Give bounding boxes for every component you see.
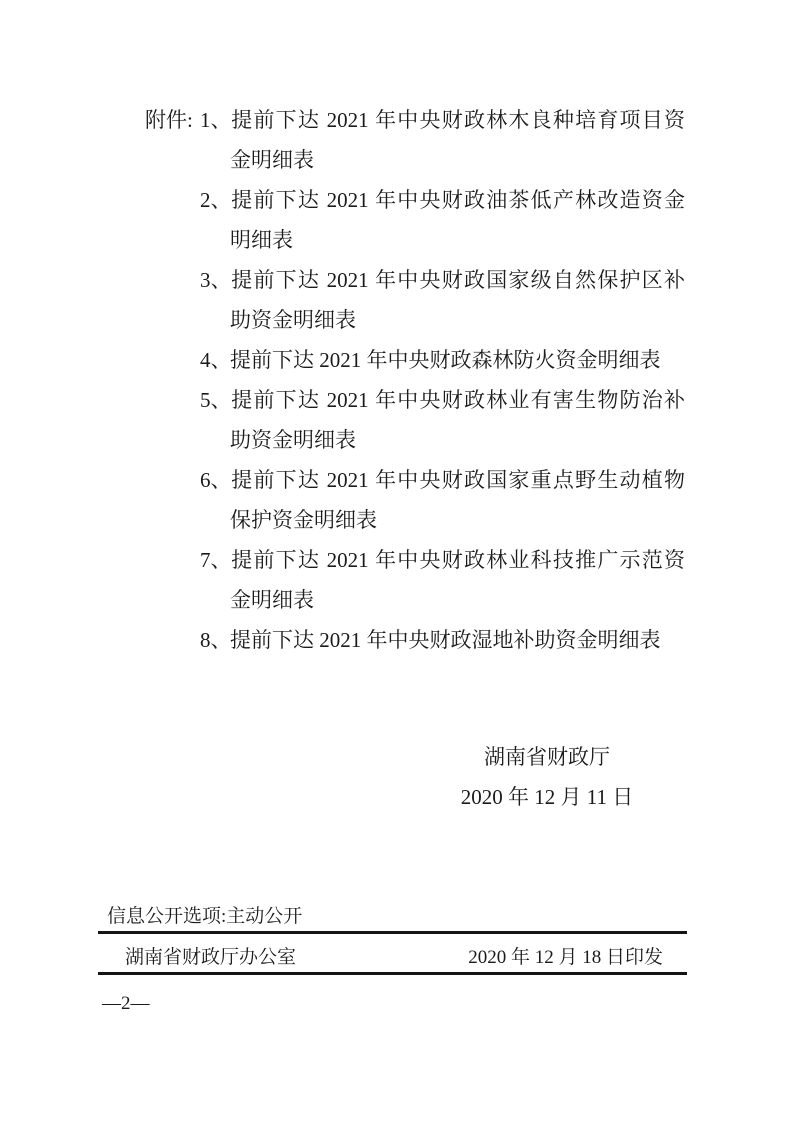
- attachment-item-first-line: 6、提前下达 2021 年中央财政国家重点野生动植物: [200, 460, 685, 500]
- attachment-item-3: 3、提前下达 2021 年中央财政国家级自然保护区补助资金明细表: [200, 260, 685, 340]
- imprint-row: 湖南省财政厅办公室 2020 年 12 月 18 日印发: [98, 939, 687, 972]
- attachment-item-8: 8、提前下达 2021 年中央财政湿地补助资金明细表: [200, 620, 685, 660]
- attachment-item-first-line: 7、提前下达 2021 年中央财政林业科技推广示范资: [200, 540, 685, 580]
- item-number: 5、: [200, 380, 230, 420]
- item-number: 2、: [200, 180, 230, 220]
- attachment-item-wrap-line: 助资金明细表: [230, 300, 685, 340]
- attachment-item-7: 7、提前下达 2021 年中央财政林业科技推广示范资金明细表: [200, 540, 685, 620]
- attachment-item-first-line: 8、提前下达 2021 年中央财政湿地补助资金明细表: [200, 620, 685, 660]
- attachment-item-1: 1、提前下达 2021 年中央财政林木良种培育项目资金明细表: [200, 100, 685, 180]
- issue-date: 2020 年 12 月 11 日: [422, 777, 672, 817]
- issuing-office: 湖南省财政厅办公室: [125, 942, 296, 969]
- signature-block: 湖南省财政厅 2020 年 12 月 11 日: [422, 737, 672, 817]
- item-number: 1、: [200, 100, 230, 140]
- attachment-item-5: 5、提前下达 2021 年中央财政林业有害生物防治补助资金明细表: [200, 380, 685, 460]
- attachment-item-wrap-line: 保护资金明细表: [230, 500, 685, 540]
- item-number: 4、: [200, 340, 230, 380]
- attachment-item-first-line: 4、提前下达 2021 年中央财政森林防火资金明细表: [200, 340, 685, 380]
- attachment-list-section: 附件: 1、提前下达 2021 年中央财政林木良种培育项目资金明细表2、提前下达…: [145, 100, 685, 660]
- attachment-items: 1、提前下达 2021 年中央财政林木良种培育项目资金明细表2、提前下达 202…: [200, 100, 685, 660]
- item-number: 8、: [200, 620, 230, 660]
- attachment-item-wrap-line: 金明细表: [230, 140, 685, 180]
- attachment-item-2: 2、提前下达 2021 年中央财政油茶低产林改造资金明细表: [200, 180, 685, 260]
- item-number: 6、: [200, 460, 230, 500]
- footer-rule-top: [98, 931, 687, 934]
- document-page: 附件: 1、提前下达 2021 年中央财政林木良种培育项目资金明细表2、提前下达…: [0, 0, 793, 1122]
- attachment-item-first-line: 5、提前下达 2021 年中央财政林业有害生物防治补: [200, 380, 685, 420]
- attachment-item-4: 4、提前下达 2021 年中央财政森林防火资金明细表: [200, 340, 685, 380]
- attachment-item-first-line: 1、提前下达 2021 年中央财政林木良种培育项目资: [200, 100, 685, 140]
- attachment-item-wrap-line: 助资金明细表: [230, 420, 685, 460]
- footer-rule-bottom: [98, 972, 687, 975]
- attachment-item-wrap-line: 明细表: [230, 220, 685, 260]
- page-number: —2—: [102, 992, 150, 1016]
- attachment-item-6: 6、提前下达 2021 年中央财政国家重点野生动植物保护资金明细表: [200, 460, 685, 540]
- attachment-item-wrap-line: 金明细表: [230, 580, 685, 620]
- print-date: 2020 年 12 月 18 日印发: [468, 942, 663, 969]
- attachment-label: 附件:: [145, 100, 200, 660]
- issuer-name: 湖南省财政厅: [422, 737, 672, 777]
- attachment-item-first-line: 3、提前下达 2021 年中央财政国家级自然保护区补: [200, 260, 685, 300]
- disclosure-option-line: 信息公开选项:主动公开: [107, 904, 302, 930]
- attachment-item-first-line: 2、提前下达 2021 年中央财政油茶低产林改造资金: [200, 180, 685, 220]
- item-number: 7、: [200, 540, 230, 580]
- item-number: 3、: [200, 260, 230, 300]
